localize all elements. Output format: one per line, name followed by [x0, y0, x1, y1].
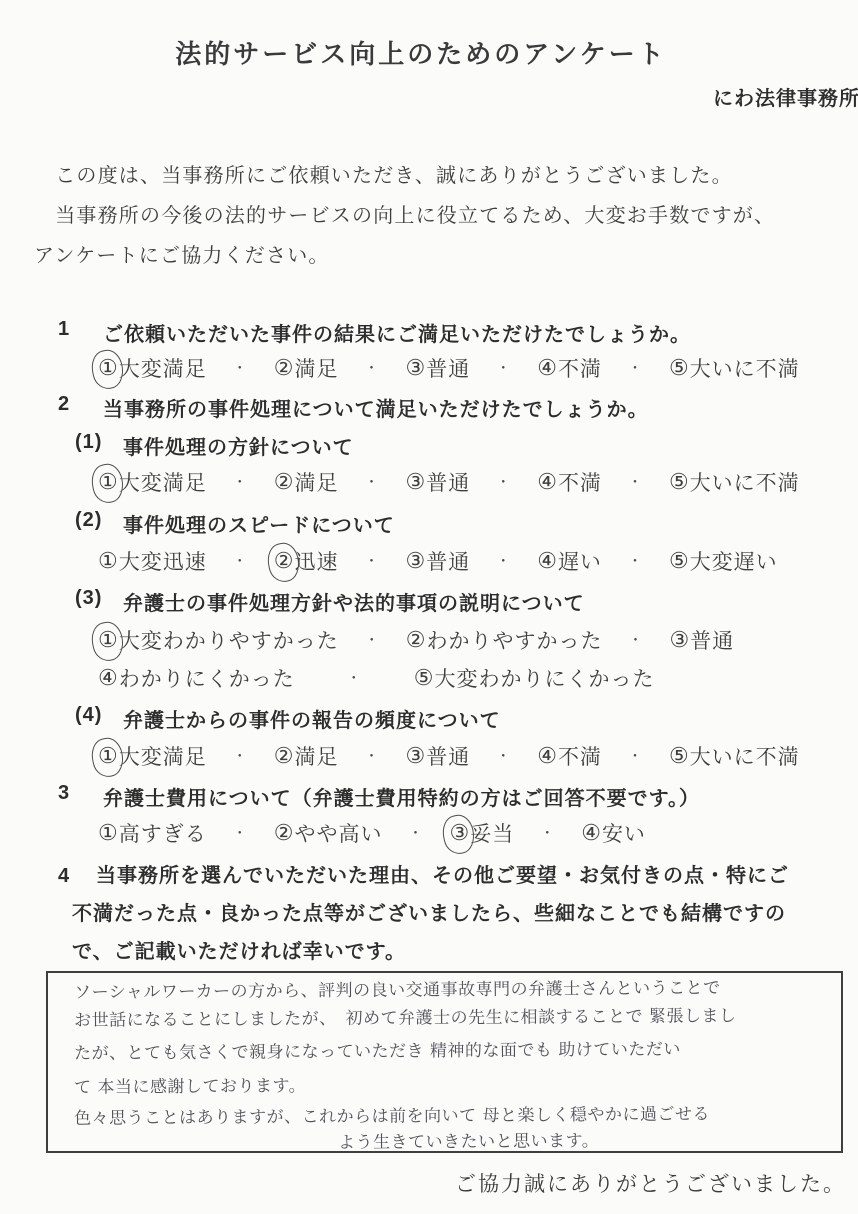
answer-option-selected: ①大変満足 — [98, 353, 207, 383]
option-separator: ・ — [339, 630, 406, 650]
question-1-heading: 1 ご依頼いただいた事件の結果にご満足いただけたでしょうか。 — [58, 318, 691, 347]
question-1-options-row: ①大変満足・②満足・③普通・④不満・⑤大いに不満 — [98, 353, 800, 383]
intro-line: 当事務所の今後の法的サービスの向上に役立てるため、大変お手数ですが、 — [34, 196, 834, 236]
answer-option: ⑤大変遅い — [669, 546, 778, 576]
handwritten-line: たが、とても気さくで親身になっていただき 精神的な面でも 助けていただい — [48, 1036, 841, 1066]
answer-option: ②満足 — [274, 353, 339, 383]
option-label: 普通 — [426, 467, 470, 497]
option-number: ④ — [98, 665, 119, 691]
question-number: (2) — [75, 509, 123, 532]
option-number: ③ — [405, 548, 426, 574]
option-separator: ・ — [602, 630, 669, 650]
option-separator: ・ — [470, 746, 537, 766]
option-label: 大変わかりにくかった — [434, 663, 654, 693]
option-separator: ・ — [602, 551, 669, 571]
option-number: ③ — [669, 627, 690, 653]
option-separator: ・ — [602, 472, 669, 492]
option-label: やや高い — [294, 818, 382, 848]
option-separator: ・ — [338, 358, 405, 378]
option-label: 安い — [602, 818, 646, 848]
option-number: ③ — [405, 355, 426, 381]
option-number: ③ — [405, 469, 426, 495]
option-number: ④ — [537, 743, 558, 769]
selected-answer-circle-mark: ① — [98, 355, 119, 381]
question-2-4-options-row: ①大変満足・②満足・③普通・④不満・⑤大いに不満 — [98, 741, 800, 771]
question-2-1-heading: (1) 事件処理の方針について — [75, 431, 354, 460]
page-title: 法的サービス向上のためのアンケート — [0, 34, 842, 71]
option-label: 大いに不満 — [690, 353, 800, 383]
intro-line: アンケートにご協力ください。 — [34, 236, 834, 276]
option-number: ④ — [537, 355, 558, 381]
answer-option: ④わかりにくかった — [98, 663, 295, 693]
option-number: ② — [274, 743, 295, 769]
option-label: 普通 — [690, 625, 734, 655]
answer-option: ⑤大いに不満 — [669, 741, 800, 771]
answer-option-selected: ①大変わかりやすかった — [98, 625, 339, 655]
option-separator: ・ — [207, 551, 274, 571]
selected-answer-circle-mark: ① — [98, 743, 119, 769]
option-label: 普通 — [426, 546, 470, 576]
question-2-4-heading: (4) 弁護士からの事件の報告の頻度について — [75, 704, 501, 733]
option-separator: ・ — [338, 551, 405, 571]
answer-option-selected: ③妥当 — [449, 818, 514, 848]
option-label: 普通 — [426, 353, 470, 383]
question-text: ご依頼いただいた事件の結果にご満足いただけたでしょうか。 — [103, 318, 691, 347]
answer-option: ②満足 — [274, 741, 339, 771]
answer-option: ③普通 — [669, 625, 734, 655]
option-number: ① — [98, 548, 119, 574]
option-label: 満足 — [294, 353, 338, 383]
option-number: ① — [98, 820, 119, 846]
question-text: 当事務所の事件処理について満足いただけたでしょうか。 — [103, 393, 649, 422]
question-2-3-heading: (3) 弁護士の事件処理方針や法的事項の説明について — [75, 587, 585, 616]
question-3-options-row: ① 高すぎる・②やや高い・③妥当・④安い — [98, 818, 646, 848]
answer-option: ④不満 — [537, 353, 602, 383]
option-number: ⑤ — [669, 355, 690, 381]
handwritten-line: ソーシャルワーカーの方から、評判の良い交通事故専門の弁護士さんということで — [48, 975, 841, 1005]
answer-option: ②わかりやすかった — [406, 625, 603, 655]
answer-option: ②やや高い — [274, 818, 383, 848]
option-label: 満足 — [294, 467, 338, 497]
selected-answer-circle-mark: ① — [98, 469, 119, 495]
question-2-2-heading: (2) 事件処理のスピードについて — [75, 509, 395, 538]
question-4-heading: 4 当事務所を選んでいただいた理由、その他ご要望・お気付きの点・特にご 不満だっ… — [58, 857, 838, 971]
closing-note: ご協力誠にありがとうございました。 — [455, 1168, 846, 1198]
question-text: 事件処理のスピードについて — [123, 509, 395, 538]
option-number: ④ — [581, 820, 602, 846]
option-number: ② — [274, 469, 295, 495]
option-separator: ・ — [295, 668, 414, 688]
option-label: 大いに不満 — [690, 467, 800, 497]
answer-option: ②満足 — [274, 467, 339, 497]
option-number: ⑤ — [669, 469, 690, 495]
question-number: 2 — [58, 393, 103, 416]
option-number: ② — [274, 820, 295, 846]
question-number: 1 — [58, 318, 103, 341]
option-number: ⑤ — [669, 548, 690, 574]
option-label: 不満 — [558, 353, 602, 383]
option-number: ② — [406, 627, 427, 653]
question-2-heading: 2 当事務所の事件処理について満足いただけたでしょうか。 — [58, 393, 649, 422]
option-label: 大いに不満 — [690, 741, 800, 771]
option-separator: ・ — [470, 551, 537, 571]
question-2-3-options-row-1: ①大変わかりやすかった・②わかりやすかった・③普通 — [98, 625, 734, 655]
scanned-survey-page: 法的サービス向上のためのアンケート にわ法律事務所 この度は、当事務所にご依頼い… — [0, 0, 858, 1214]
answer-option: ④不満 — [537, 467, 602, 497]
free-comment-box: ソーシャルワーカーの方から、評判の良い交通事故専門の弁護士さんということで お世… — [46, 971, 843, 1153]
option-separator: ・ — [470, 472, 537, 492]
question-number: (1) — [75, 431, 123, 454]
option-separator: ・ — [207, 358, 274, 378]
answer-option-selected: ②迅速 — [274, 546, 339, 576]
option-label: わかりにくかった — [119, 663, 295, 693]
option-number: ④ — [537, 548, 558, 574]
answer-option-selected: ①大変満足 — [98, 741, 207, 771]
handwritten-line: よう生きていきたいと思います。 — [48, 1127, 841, 1157]
question-number: (3) — [75, 587, 123, 610]
question-2-1-options-row: ①大変満足・②満足・③普通・④不満・⑤大いに不満 — [98, 467, 800, 497]
handwritten-line: お世話になることにしましたが、 初めて弁護士の先生に相談することで 緊張しまし — [48, 1003, 841, 1033]
option-label: 満足 — [294, 741, 338, 771]
answer-option: ① 高すぎる — [98, 818, 207, 848]
option-separator: ・ — [470, 358, 537, 378]
selected-answer-circle-mark: ② — [274, 548, 295, 574]
question-text-line: 当事務所を選んでいただいた理由、その他ご要望・お気付きの点・特にご — [96, 857, 789, 895]
question-3-heading: 3 弁護士費用について（弁護士費用特約の方はご回答不要です。） — [58, 782, 700, 811]
intro-paragraph: この度は、当事務所にご依頼いただき、誠にありがとうございました。 当事務所の今後… — [34, 156, 834, 276]
option-label: 迅速 — [294, 546, 338, 576]
question-number: 4 — [58, 857, 96, 895]
option-separator: ・ — [207, 472, 274, 492]
question-number: 3 — [58, 782, 103, 805]
question-text-line: で、ご記載いただければ幸いです。 — [58, 933, 838, 971]
option-number: ⑤ — [669, 743, 690, 769]
option-label: 不満 — [558, 741, 602, 771]
question-2-2-options-row: ①大変迅速・②迅速・③普通・④遅い・⑤大変遅い — [98, 546, 778, 576]
handwritten-line: 色々思うことはありますが、これからは前を向いて 母と楽しく穏やかに過ごせる — [48, 1101, 841, 1131]
option-label: 大変満足 — [119, 353, 207, 383]
question-2-3-options-row-2: ④わかりにくかった・⑤大変わかりにくかった — [98, 663, 654, 693]
question-text-line: 不満だった点・良かった点等がございましたら、些細なことでも結構ですの — [58, 895, 838, 933]
intro-line: この度は、当事務所にご依頼いただき、誠にありがとうございました。 — [34, 156, 834, 196]
option-number: ③ — [405, 743, 426, 769]
option-separator: ・ — [514, 823, 581, 843]
option-label: 妥当 — [470, 818, 514, 848]
answer-option: ④安い — [581, 818, 646, 848]
answer-option: ③普通 — [405, 353, 470, 383]
option-separator: ・ — [338, 472, 405, 492]
option-number: ⑤ — [414, 665, 435, 691]
selected-answer-circle-mark: ① — [98, 627, 119, 653]
answer-option: ⑤大いに不満 — [669, 353, 800, 383]
option-label: 普通 — [426, 741, 470, 771]
question-text: 弁護士からの事件の報告の頻度について — [123, 704, 501, 733]
option-label: わかりやすかった — [426, 625, 602, 655]
option-label: 高すぎる — [119, 818, 207, 848]
option-separator: ・ — [207, 746, 274, 766]
answer-option: ③普通 — [405, 741, 470, 771]
option-number: ② — [274, 355, 295, 381]
answer-option: ③普通 — [405, 546, 470, 576]
answer-option-selected: ①大変満足 — [98, 467, 207, 497]
question-text: 弁護士費用について（弁護士費用特約の方はご回答不要です。） — [103, 782, 700, 811]
option-number: ④ — [537, 469, 558, 495]
option-label: 大変満足 — [119, 741, 207, 771]
answer-option: ④遅い — [537, 546, 602, 576]
answer-option: ⑤大変わかりにくかった — [414, 663, 655, 693]
option-separator: ・ — [338, 746, 405, 766]
answer-option: ①大変迅速 — [98, 546, 207, 576]
answer-option: ⑤大いに不満 — [669, 467, 800, 497]
selected-answer-circle-mark: ③ — [449, 820, 470, 846]
office-name: にわ法律事務所 — [713, 82, 858, 111]
option-label: 不満 — [558, 467, 602, 497]
question-text: 弁護士の事件処理方針や法的事項の説明について — [123, 587, 585, 616]
option-separator: ・ — [602, 746, 669, 766]
answer-option: ④不満 — [537, 741, 602, 771]
option-label: 大変満足 — [119, 467, 207, 497]
option-label: 遅い — [558, 546, 602, 576]
option-label: 大変わかりやすかった — [119, 625, 339, 655]
option-separator: ・ — [207, 823, 274, 843]
option-separator: ・ — [602, 358, 669, 378]
option-label: 大変遅い — [690, 546, 778, 576]
question-number: (4) — [75, 704, 123, 727]
handwritten-line: て 本当に感謝しております。 — [48, 1070, 841, 1100]
answer-option: ③普通 — [405, 467, 470, 497]
option-separator: ・ — [382, 823, 449, 843]
question-text: 事件処理の方針について — [123, 431, 354, 460]
option-label: 大変迅速 — [119, 546, 207, 576]
